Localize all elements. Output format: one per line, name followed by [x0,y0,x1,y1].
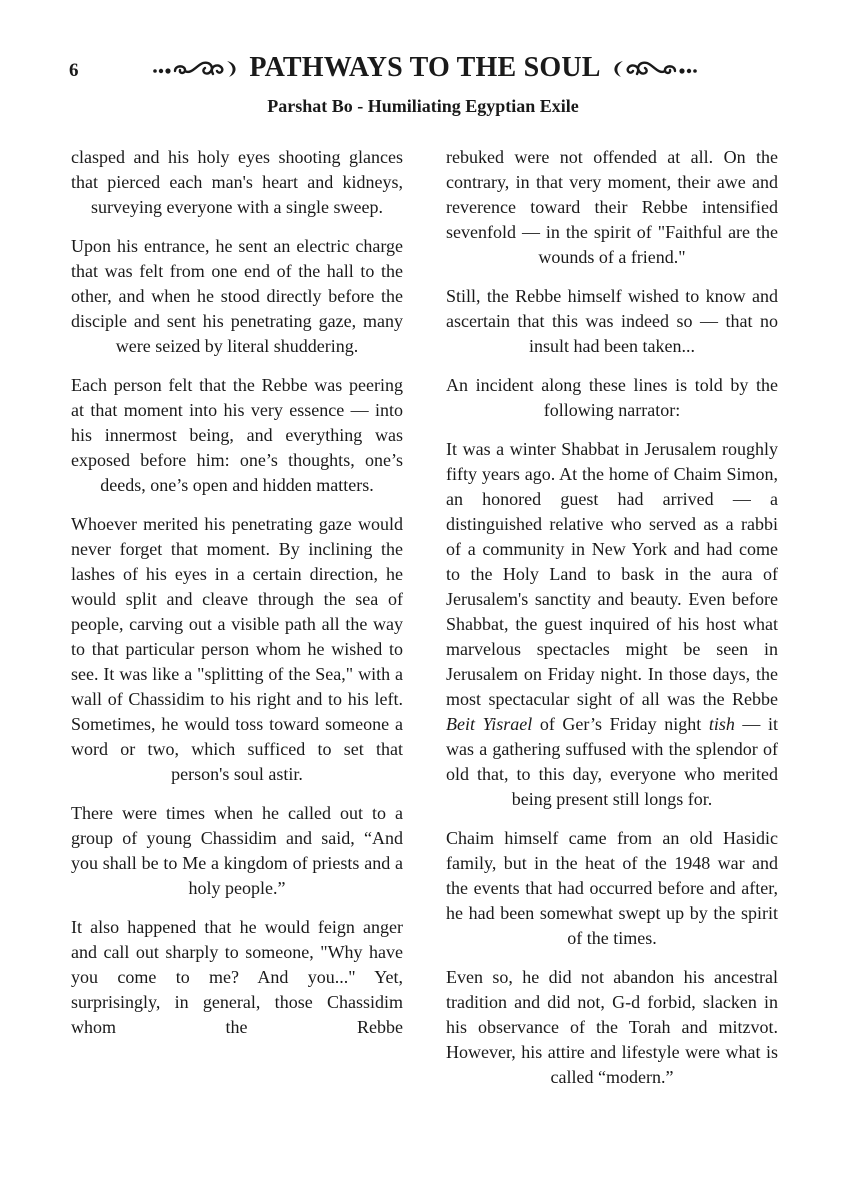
article-subtitle: Parshat Bo - Humiliating Egyptian Exile [0,96,846,117]
paragraph: Upon his entrance, he sent an electric c… [71,234,403,359]
paragraph: rebuked were not offended at all. On the… [446,145,778,270]
right-column: rebuked were not offended at all. On the… [446,145,778,1104]
paragraph: An incident along these lines is told by… [446,373,778,423]
paragraph: Whoever merited his penetrating gaze wou… [71,512,403,787]
left-column: clasped and his holy eyes shooting glanc… [71,145,403,1054]
page-number: 6 [69,60,79,82]
paragraph: There were times when he called out to a… [71,801,403,901]
flourish-right-icon [607,55,699,81]
paragraph: Still, the Rebbe himself wished to know … [446,284,778,359]
paragraph: clasped and his holy eyes shooting glanc… [71,145,403,220]
publication-title: PATHWAYS TO THE SOUL [249,52,600,84]
paragraph: Even so, he did not abandon his ancestra… [446,965,778,1090]
text-run: of Ger’s Friday night [532,714,709,734]
paragraph: Each person felt that the Rebbe was peer… [71,373,403,498]
paragraph: It also happened that he would feign ang… [71,915,403,1040]
text-run: It was a winter Shabbat in Jerusalem rou… [446,439,778,709]
running-header: PATHWAYS TO THE SOUL [130,52,720,84]
flourish-left-icon [151,55,243,81]
italic-term: tish [709,714,735,734]
paragraph: It was a winter Shabbat in Jerusalem rou… [446,437,778,812]
paragraph: Chaim himself came from an old Hasidic f… [446,826,778,951]
italic-title: Beit Yisrael [446,714,532,734]
